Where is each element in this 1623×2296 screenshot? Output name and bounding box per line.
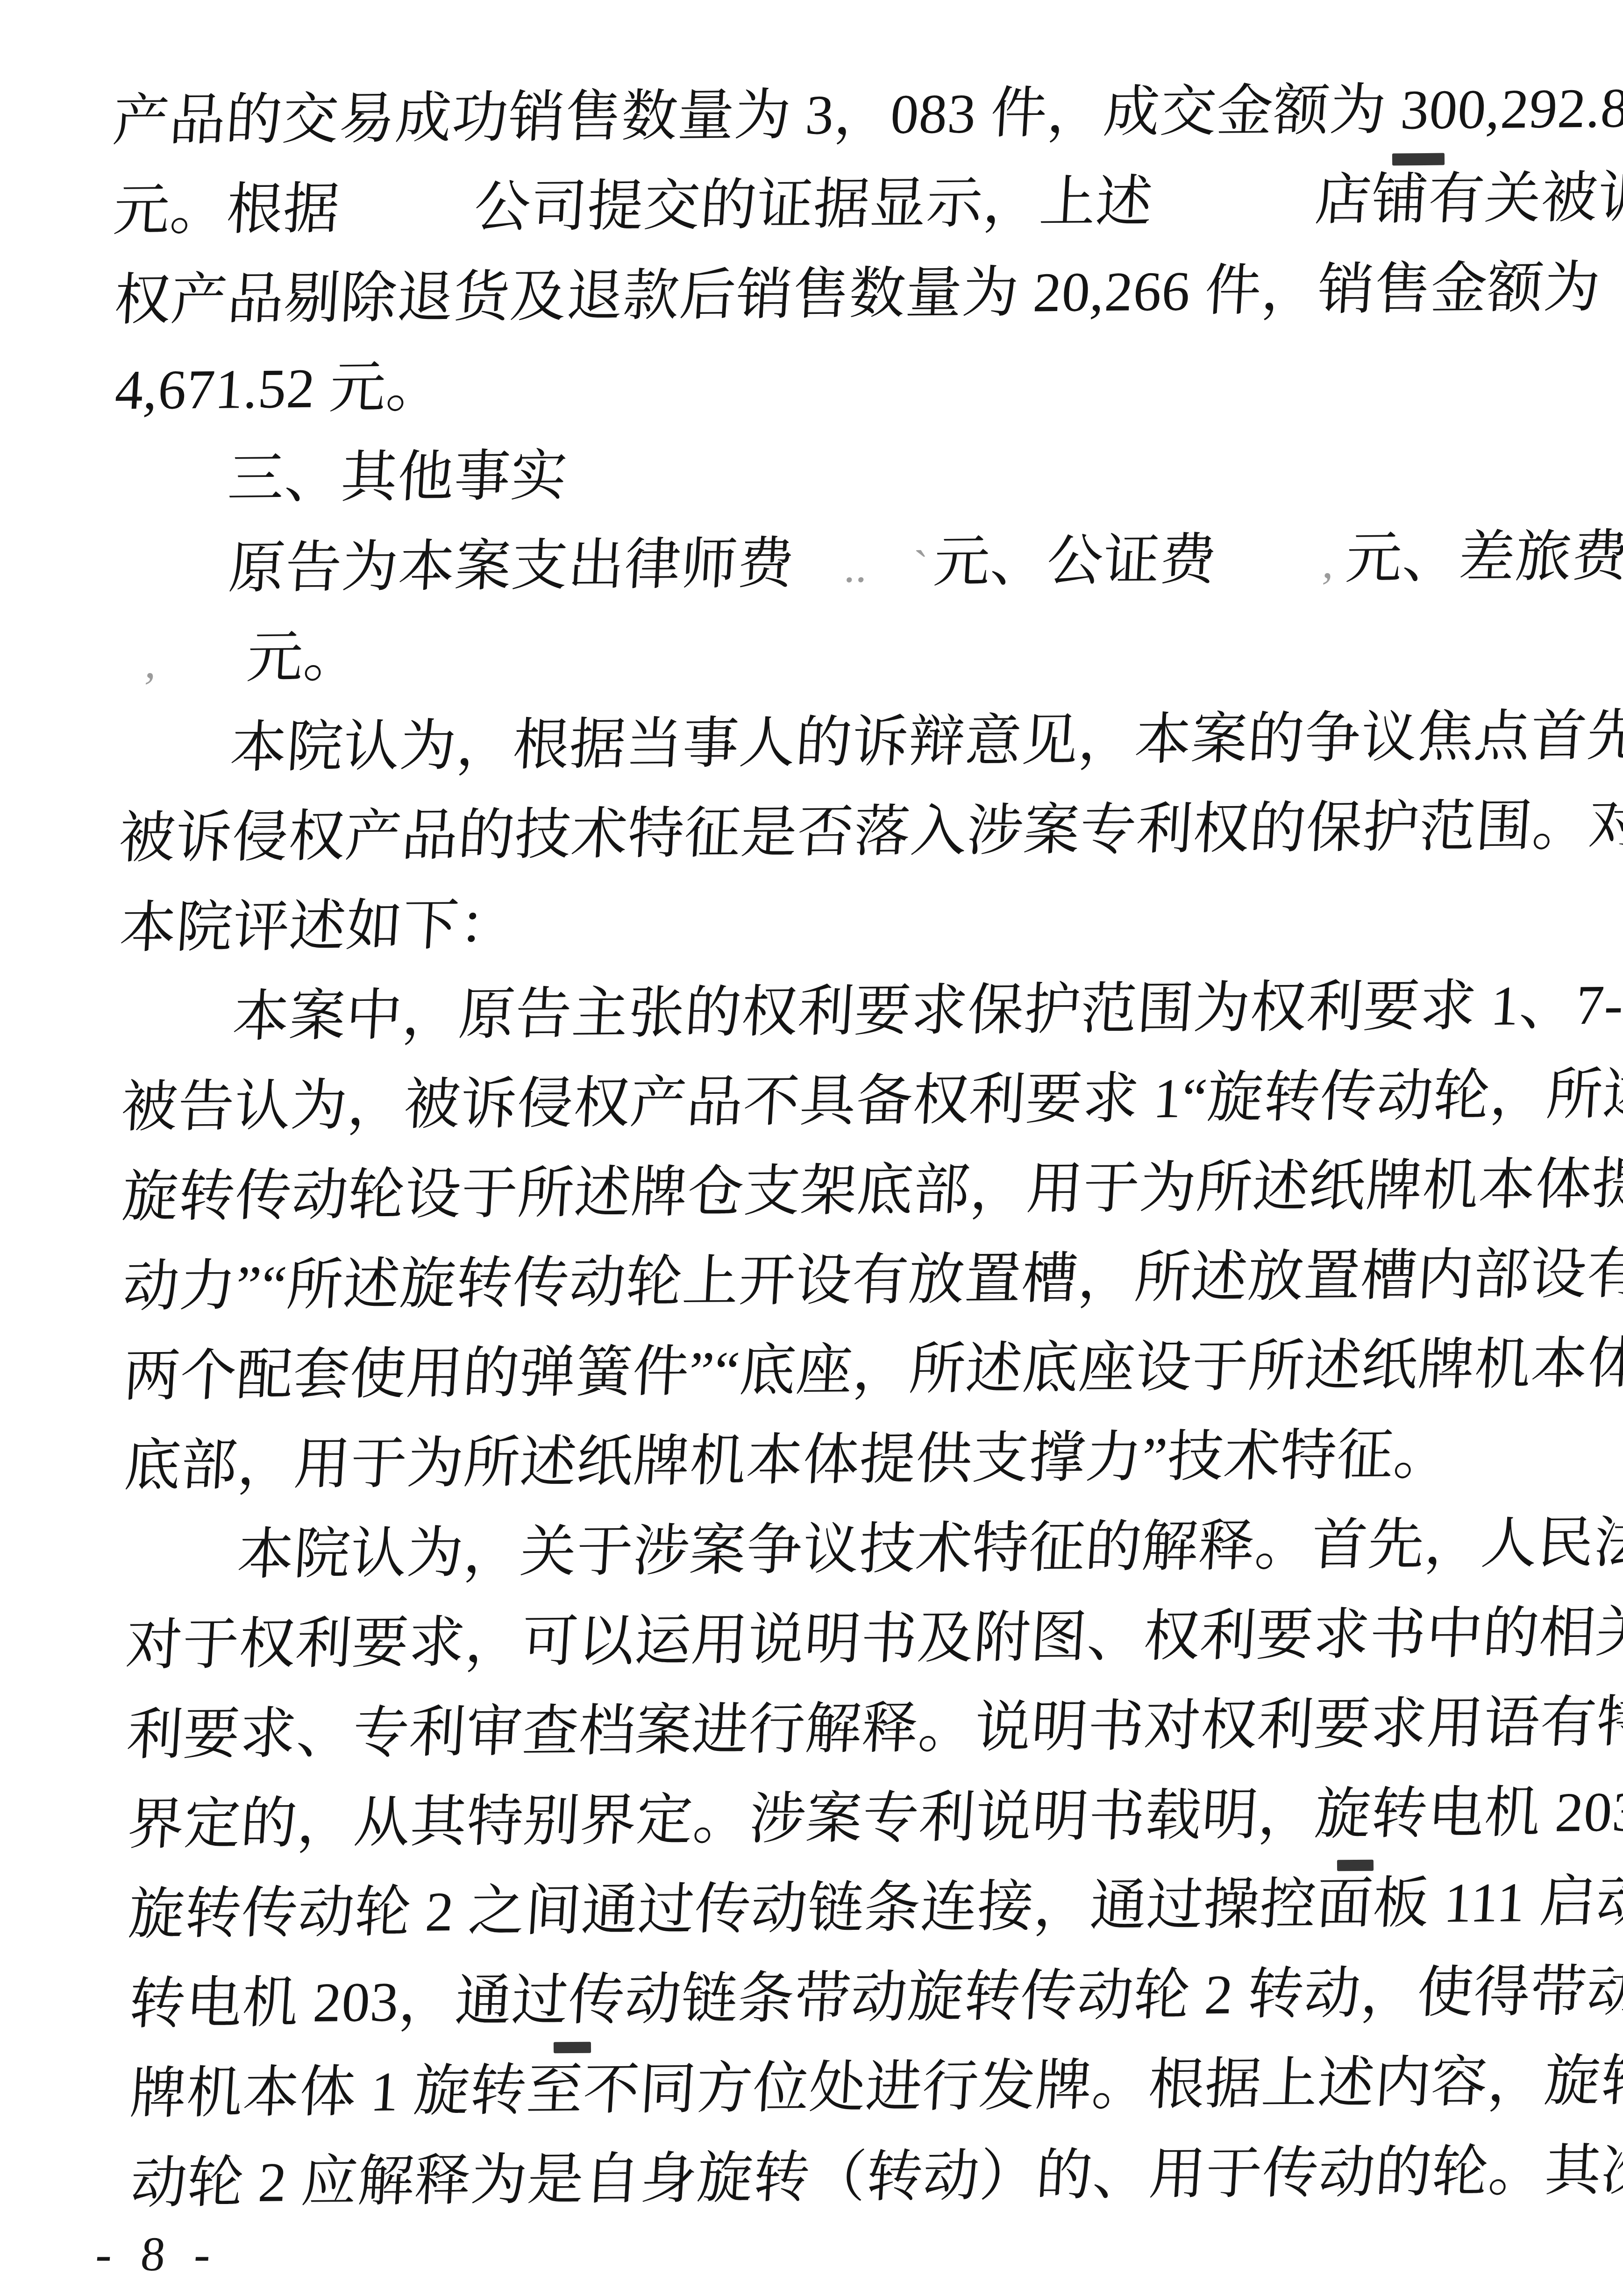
redaction-gap [156,676,246,678]
text-line: 元。根据公司提交的证据显示，上述店铺有关被诉侵 [111,153,1569,255]
scan-ink-artifact [1392,153,1445,166]
scan-ink-artifact [1337,1860,1374,1871]
text-line: 被告认为，被诉侵权产品不具备权利要求 1“旋转传动轮，所述 [119,1050,1577,1152]
text-segment: 产品的交易成功销售数量为 3，083 件，成交金额为 300,292.86 [111,77,1623,152]
text-line: 动力”“所述旋转传动轮上开设有放置槽，所述放置槽内部设有 [120,1229,1579,1332]
text-segment: 本院认为，根据当事人的诉辩意见，本案的争议焦点首先在于 [228,703,1623,779]
text-line: 被诉侵权产品的技术特征是否落入涉案专利权的保护范围。对此， [116,781,1575,883]
text-segment: 旋转传动轮设于所述牌仓支架底部，用于为所述纸牌机本体提供 [121,1152,1623,1228]
redaction-gap [339,226,473,228]
document-lines: 产品的交易成功销售数量为 3，083 件，成交金额为 300,292.86元。根… [111,64,1583,2228]
text-segment: 牌机本体 1 旋转至不同方位处进行发牌。根据上述内容，旋转传 [128,2049,1623,2125]
text-segment: 界定的，从其特别界定。涉案专利说明书载明，旋转电机 203 与 [126,1780,1623,1856]
text-line: 转电机 203，通过传动链条带动旋转传动轮 2 转动，使得带动纸 [127,1947,1585,2049]
text-segment: 两个配套使用的弹簧件”“底座，所述底座设于所述纸牌机本体 [122,1332,1623,1407]
text-line: ,元。 [115,602,1573,704]
text-line: 界定的，从其特别界定。涉案专利说明书载明，旋转电机 203 与 [125,1767,1584,1870]
text-line: 底部，用于为所述纸牌机本体提供支撑力”技术特征。 [122,1409,1580,1511]
faint-scan-mark: , [1321,538,1336,588]
faint-scan-mark: , [144,638,159,687]
redaction-gap [867,581,911,582]
faint-scan-mark: .. [843,541,869,591]
document-page-body: 产品的交易成功销售数量为 3，083 件，成交金额为 300,292.86元。根… [111,64,1583,2228]
redaction-gap [1152,218,1314,220]
text-line: 产品的交易成功销售数量为 3，083 件，成交金额为 300,292.86 [110,64,1569,166]
text-line: 利要求、专利审查档案进行解释。说明书对权利要求用语有特别 [124,1678,1583,1780]
redaction-gap [793,581,843,582]
text-segment: 被诉侵权产品的技术特征是否落入涉案专利权的保护范围。对此， [117,793,1623,870]
redaction-gap [927,580,933,581]
text-segment: 动力”“所述旋转传动轮上开设有放置槽，所述放置槽内部设有 [121,1242,1623,1318]
text-segment: 本院认为，关于涉案争议技术特征的解释。首先，人民法院 [235,1511,1623,1586]
text-line: 本院认为，关于涉案争议技术特征的解释。首先，人民法院 [123,1498,1581,1601]
text-line: 动轮 2 应解释为是自身旋转（转动）的、用于传动的轮。其次， [128,2126,1587,2228]
text-line: 本院认为，根据当事人的诉辩意见，本案的争议焦点首先在于 [115,691,1574,794]
text-segment: 元、差旅费 [1344,525,1623,589]
text-line: 旋转传动轮 2 之间通过传动链条连接，通过操控面板 111 启动旋 [126,1857,1584,1959]
text-segment: 动轮 2 应解释为是自身旋转（转动）的、用于传动的轮。其次， [129,2139,1623,2215]
text-line: 旋转传动轮设于所述牌仓支架底部，用于为所述纸牌机本体提供 [120,1140,1578,1242]
text-segment: 店铺有关被诉侵 [1313,166,1623,231]
text-segment: 被告认为，被诉侵权产品不具备权利要求 1“旋转传动轮，所述 [120,1063,1623,1139]
text-segment: 转电机 203，通过传动链条带动旋转传动轮 2 转动，使得带动纸 [128,1959,1623,2035]
text-line: 4,671.52 元。 [113,333,1571,435]
text-segment: 元。 [245,626,362,689]
redaction-gap [1333,577,1345,578]
text-line: 三、其他事实 [113,422,1572,524]
text-segment: 公司提交的证据显示，上述 [472,170,1154,239]
text-line: 牌机本体 1 旋转至不同方位处进行发牌。根据上述内容，旋转传 [128,2036,1586,2139]
text-segment: 底部，用于为所述纸牌机本体提供支撑力”技术特征。 [123,1424,1452,1497]
text-segment: 本案中，原告主张的权利要求保护范围为权利要求 1、7-10。 [231,972,1623,1048]
text-segment: 元。根据 [112,177,342,241]
text-segment: 4,671.52 元。 [114,356,445,421]
text-line: 两个配套使用的弹簧件”“底座，所述底座设于所述纸牌机本体 [121,1319,1580,1421]
page-number: - 8 - [93,2224,221,2285]
text-segment: 旋转传动轮 2 之间通过传动链条连接，通过操控面板 111 启动旋 [127,1870,1623,1946]
text-line: 对于权利要求，可以运用说明书及附图、权利要求书中的相关权 [123,1588,1582,1690]
text-segment: 元、公证费 [932,529,1218,593]
faint-scan-mark: ` [911,541,930,591]
text-segment: 三、其他事实 [226,445,569,510]
text-line: 权产品剔除退货及退款后销售数量为 20,266 件，销售金额为 [112,243,1570,345]
text-segment: 原告为本案支出律师费 [227,532,796,600]
text-line: 本院评述如下： [117,871,1576,973]
text-segment: 本院评述如下： [118,893,518,959]
text-segment: 利要求、专利审查档案进行解释。说明书对权利要求用语有特别 [125,1690,1623,1766]
redaction-gap [1215,577,1322,579]
text-line: 原告为本案支出律师费..`元、公证费,元、差旅费 [114,512,1573,614]
scan-ink-artifact [554,2042,591,2054]
text-segment: 权产品剔除退货及退款后销售数量为 20,266 件，销售金额为 [113,256,1602,332]
text-segment: 对于权利要求，可以运用说明书及附图、权利要求书中的相关权 [124,1601,1623,1677]
text-line: 本案中，原告主张的权利要求保护范围为权利要求 1、7-10。 [118,960,1576,1063]
